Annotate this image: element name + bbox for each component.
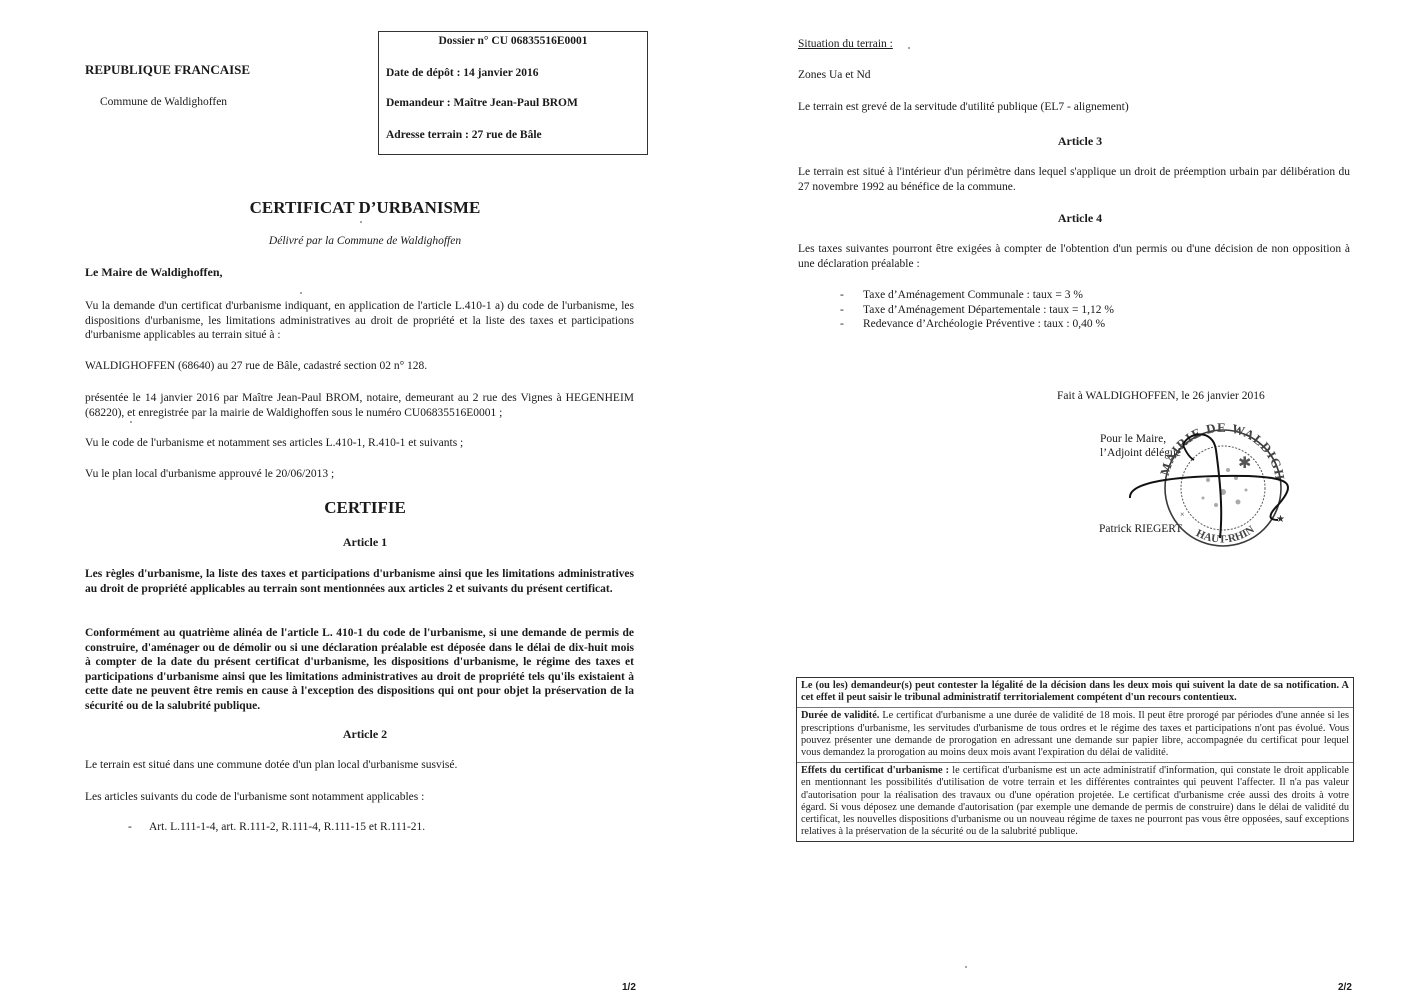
servitude: Le terrain est grevé de la servitude d'u… [798, 101, 1129, 113]
validity-text: Le certificat d'urbanisme a une durée de… [801, 710, 1349, 758]
paragraph-vu-demande: Vu la demande d'un certificat d'urbanism… [85, 299, 634, 343]
bullet-dash-icon: - [840, 317, 863, 332]
paragraph-vu-code: Vu le code de l'urbanisme et notamment s… [85, 436, 634, 451]
signature-place-date: Fait à WALDIGHOFFEN, le 26 janvier 2016 [1057, 390, 1265, 402]
dossier-box: Dossier n° CU 06835516E0001 Date de dépô… [378, 31, 648, 155]
effects-section: Effets du certificat d'urbanisme : le ce… [797, 762, 1353, 841]
applicant-text: Demandeur : Maître Jean-Paul BROM [386, 97, 578, 109]
land-address: Adresse terrain : 27 rue de Bâle [386, 129, 542, 141]
list-item: -Taxe d’Aménagement Communale : taux = 3… [840, 288, 1114, 303]
tax-text: Taxe d’Aménagement Communale : taux = 3 … [863, 289, 1083, 301]
seal-text: MAIRIE DE WALDIGHOFFEN [1128, 420, 1288, 482]
article-3-paragraph: Le terrain est situé à l'intérieur d'un … [798, 165, 1350, 194]
svg-text:MAIRIE DE WALDIGHOFFEN: MAIRIE DE WALDIGHOFFEN [1128, 420, 1288, 482]
document-subtitle: Délivré par la Commune de Waldighoffen [70, 235, 660, 247]
article-2-heading: Article 2 [70, 727, 660, 742]
validity-label: Durée de validité. [801, 710, 879, 721]
page-1: REPUBLIQUE FRANCAISE Commune de Waldigho… [0, 0, 710, 1000]
svg-text:×: × [1180, 510, 1185, 519]
paragraph-terrain: WALDIGHOFFEN (68640) au 27 rue de Bâle, … [85, 359, 634, 374]
official-seal-stamp-icon: MAIRIE DE WALDIGHOFFEN HAUT-RHIN ✱ ★ × [1128, 420, 1308, 550]
taxes-list: -Taxe d’Aménagement Communale : taux = 3… [840, 288, 1114, 332]
article-4-heading: Article 4 [780, 211, 1380, 226]
tax-text: Taxe d’Aménagement Départementale : taux… [863, 304, 1114, 316]
list-item: -Taxe d’Aménagement Départementale : tau… [840, 303, 1114, 318]
list-item-text: Art. L.111-1-4, art. R.111-2, R.111-4, R… [149, 821, 425, 833]
paragraph-vu-plu: Vu le plan local d'urbanisme approuvé le… [85, 467, 634, 482]
page-number: 1/2 [622, 982, 636, 993]
paragraph-presentee: présentée le 14 janvier 2016 par Maître … [85, 391, 634, 420]
effects-label: Effets du certificat d'urbanisme : [801, 765, 949, 776]
deposit-date-text: Date de dépôt : 14 janvier 2016 [386, 67, 538, 79]
article-2-paragraph-2: Les articles suivants du code de l'urban… [85, 790, 634, 805]
addressee: Le Maire de Waldighoffen, [85, 265, 223, 280]
bullet-dash-icon: - [840, 303, 863, 318]
deposit-date: Date de dépôt : 14 janvier 2016 [386, 67, 538, 79]
commune-name: Commune de Waldighoffen [100, 96, 227, 108]
article-2-list: -Art. L.111-1-4, art. R.111-2, R.111-4, … [128, 821, 425, 833]
svg-text:HAUT-RHIN: HAUT-RHIN [1194, 524, 1257, 546]
dossier-number: Dossier n° CU 06835516E0001 [379, 35, 647, 47]
applicant: Demandeur : Maître Jean-Paul BROM [386, 97, 578, 109]
article-1-paragraph-1: Les règles d'urbanisme, la liste des tax… [85, 567, 634, 596]
situation-label: Situation du terrain : [798, 38, 893, 50]
list-item: -Art. L.111-1-4, art. R.111-2, R.111-4, … [128, 821, 425, 833]
bullet-dash-icon: - [840, 288, 863, 303]
page-number: 2/2 [1338, 982, 1352, 993]
article-4-paragraph: Les taxes suivantes pourront être exigée… [798, 242, 1350, 271]
article-3-heading: Article 3 [780, 134, 1380, 149]
validity-section: Durée de validité. Le certificat d'urban… [797, 707, 1353, 762]
recours-section: Le (ou les) demandeur(s) peut contester … [797, 678, 1353, 707]
article-1-heading: Article 1 [70, 535, 660, 550]
bullet-dash-icon: - [128, 821, 149, 833]
tax-text: Redevance d’Archéologie Préventive : tau… [863, 318, 1105, 330]
document-title: CERTIFICAT D’URBANISME [70, 198, 660, 218]
list-item: -Redevance d’Archéologie Préventive : ta… [840, 317, 1114, 332]
article-1-paragraph-2: Conformément au quatrième alinéa de l'ar… [85, 626, 634, 713]
certifie-heading: CERTIFIE [70, 498, 660, 518]
zones: Zones Ua et Nd [798, 69, 871, 81]
republic-heading: REPUBLIQUE FRANCAISE [85, 62, 250, 78]
seal-bottom-text: HAUT-RHIN [1194, 524, 1257, 546]
legal-info-box: Le (ou les) demandeur(s) peut contester … [796, 677, 1354, 842]
article-2-paragraph-1: Le terrain est situé dans une commune do… [85, 758, 634, 773]
page-2: Situation du terrain : Zones Ua et Nd Le… [710, 0, 1421, 1000]
svg-text:✱: ✱ [1238, 455, 1251, 472]
land-address-text: Adresse terrain : 27 rue de Bâle [386, 129, 542, 141]
